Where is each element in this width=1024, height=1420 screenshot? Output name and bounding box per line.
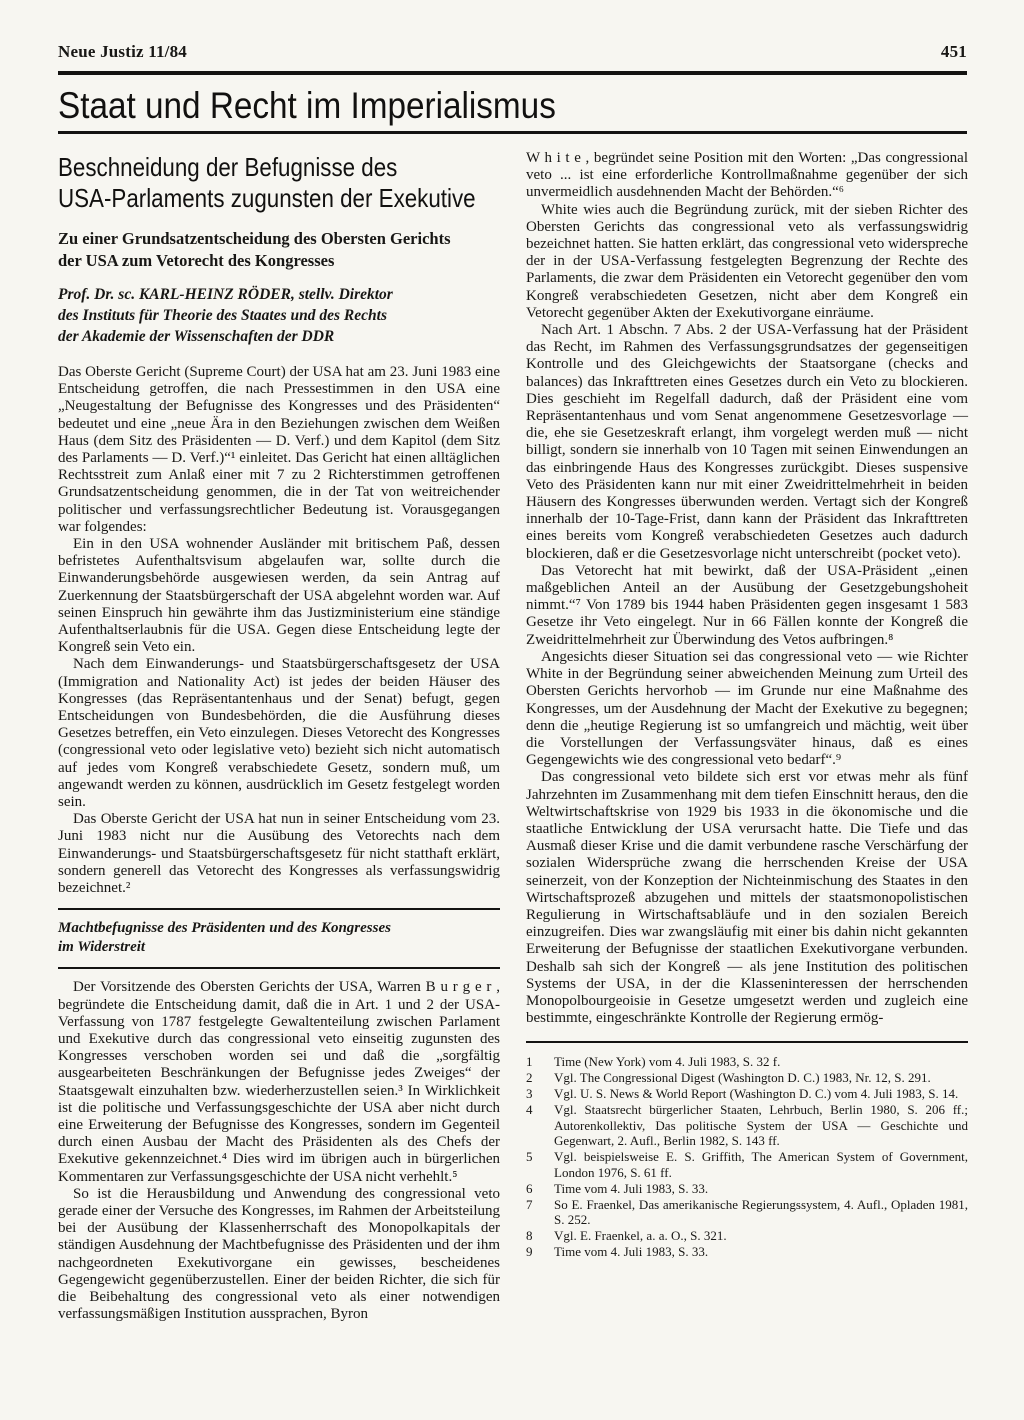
page-header: Neue Justiz 11/84 451 [58,42,967,62]
footnote-text: Time (New York) vom 4. Juli 1983, S. 32 … [554,1054,968,1070]
footnote-number: 3 [526,1086,542,1102]
section-title-wrap: Staat und Recht im Imperialismus [58,85,967,131]
footnote-text: Vgl. Staatsrecht bürgerlicher Staaten, L… [554,1102,968,1149]
footnote-row: 7 So E. Fraenkel, Das amerikanische Regi… [526,1197,968,1229]
footnote-number: 8 [526,1228,542,1244]
article-subtitle-line-1: Zu einer Grundsatzentscheidung des Obers… [58,228,500,250]
right-column: W h i t e , begründet seine Position mit… [526,150,968,1323]
footnote-number: 6 [526,1181,542,1197]
article-author-line-3: der Akademie der Wissenschaften der DDR [58,326,500,347]
paragraph: W h i t e , begründet seine Position mit… [526,150,968,202]
footnote-row: 4 Vgl. Staatsrecht bürgerlicher Staaten,… [526,1102,968,1149]
paragraph: Das Oberste Gericht der USA hat nun in s… [58,811,500,897]
footnote-text: Time vom 4. Juli 1983, S. 33. [554,1244,968,1260]
footnote-number: 9 [526,1244,542,1260]
footnote-row: 2 Vgl. The Congressional Digest (Washing… [526,1070,968,1086]
page-number: 451 [941,42,967,62]
journal-page: Neue Justiz 11/84 451 Staat und Recht im… [0,0,1024,1420]
right-column-body: W h i t e , begründet seine Position mit… [526,150,968,1027]
two-column-layout: Beschneidung der Befugnisse des USA-Parl… [58,150,967,1323]
footnote-number: 1 [526,1054,542,1070]
footnote-row: 6 Time vom 4. Juli 1983, S. 33. [526,1181,968,1197]
crossheading-line-2: im Widerstreit [58,938,500,957]
footnote-number: 5 [526,1149,542,1181]
footnote-number: 4 [526,1102,542,1149]
article-title-line-1: Beschneidung der Befugnisse des [58,152,438,183]
article-author-line-1: Prof. Dr. sc. KARL-HEINZ RÖDER, stellv. … [58,284,500,305]
section-title-rule [58,131,967,134]
left-column-body: Das Oberste Gericht (Supreme Court) der … [58,364,500,1323]
paragraph: Der Vorsitzende des Obersten Gerichts de… [58,979,500,1185]
header-rule [58,71,967,75]
footnote-number: 2 [526,1070,542,1086]
footnote-text: So E. Fraenkel, Das amerikanische Regier… [554,1197,968,1229]
paragraph: Nach dem Einwanderungs- und Staatsbürger… [58,656,500,811]
footnote-text: Vgl. E. Fraenkel, a. a. O., S. 321. [554,1228,968,1244]
paragraph: Das Vetorecht hat mit bewirkt, daß der U… [526,563,968,649]
crossheading-line-1: Machtbefugnisse des Präsidenten und des … [58,919,500,938]
section-title: Staat und Recht im Imperialismus [58,85,876,127]
paragraph: White wies auch die Begründung zurück, m… [526,202,968,322]
paragraph: Das Oberste Gericht (Supreme Court) der … [58,364,500,536]
footnote-row: 1 Time (New York) vom 4. Juli 1983, S. 3… [526,1054,968,1070]
footnote-text: Vgl. U. S. News & World Report (Washingt… [554,1086,968,1102]
footnote-number: 7 [526,1197,542,1229]
footnote-row: 5 Vgl. beispielsweise E. S. Griffith, Th… [526,1149,968,1181]
paragraph: So ist die Herausbildung und Anwendung d… [58,1186,500,1324]
paragraph: Angesichts dieser Situation sei das cong… [526,649,968,769]
paragraph: Das congressional veto bildete sich erst… [526,769,968,1027]
journal-title: Neue Justiz 11/84 [58,42,187,62]
paragraph: Ein in den USA wohnender Ausländer mit b… [58,536,500,656]
paragraph: Nach Art. 1 Abschn. 7 Abs. 2 der USA-Ver… [526,322,968,563]
article-subtitle: Zu einer Grundsatzentscheidung des Obers… [58,228,500,272]
article-author: Prof. Dr. sc. KARL-HEINZ RÖDER, stellv. … [58,284,500,347]
article-title: Beschneidung der Befugnisse des USA-Parl… [58,152,500,214]
left-column: Beschneidung der Befugnisse des USA-Parl… [58,150,500,1323]
article-author-line-2: des Instituts für Theorie des Staates un… [58,305,500,326]
crossheading: Machtbefugnisse des Präsidenten und des … [58,908,500,969]
footnote-row: 9 Time vom 4. Juli 1983, S. 33. [526,1244,968,1260]
footnote-row: 3 Vgl. U. S. News & World Report (Washin… [526,1086,968,1102]
footnotes: 1 Time (New York) vom 4. Juli 1983, S. 3… [526,1041,968,1259]
footnote-text: Time vom 4. Juli 1983, S. 33. [554,1181,968,1197]
article-title-line-2: USA-Parlaments zugunsten der Exekutive [58,183,438,214]
article-subtitle-line-2: der USA zum Vetorecht des Kongresses [58,250,500,272]
footnote-text: Vgl. The Congressional Digest (Washingto… [554,1070,968,1086]
footnote-row: 8 Vgl. E. Fraenkel, a. a. O., S. 321. [526,1228,968,1244]
footnote-text: Vgl. beispielsweise E. S. Griffith, The … [554,1149,968,1181]
